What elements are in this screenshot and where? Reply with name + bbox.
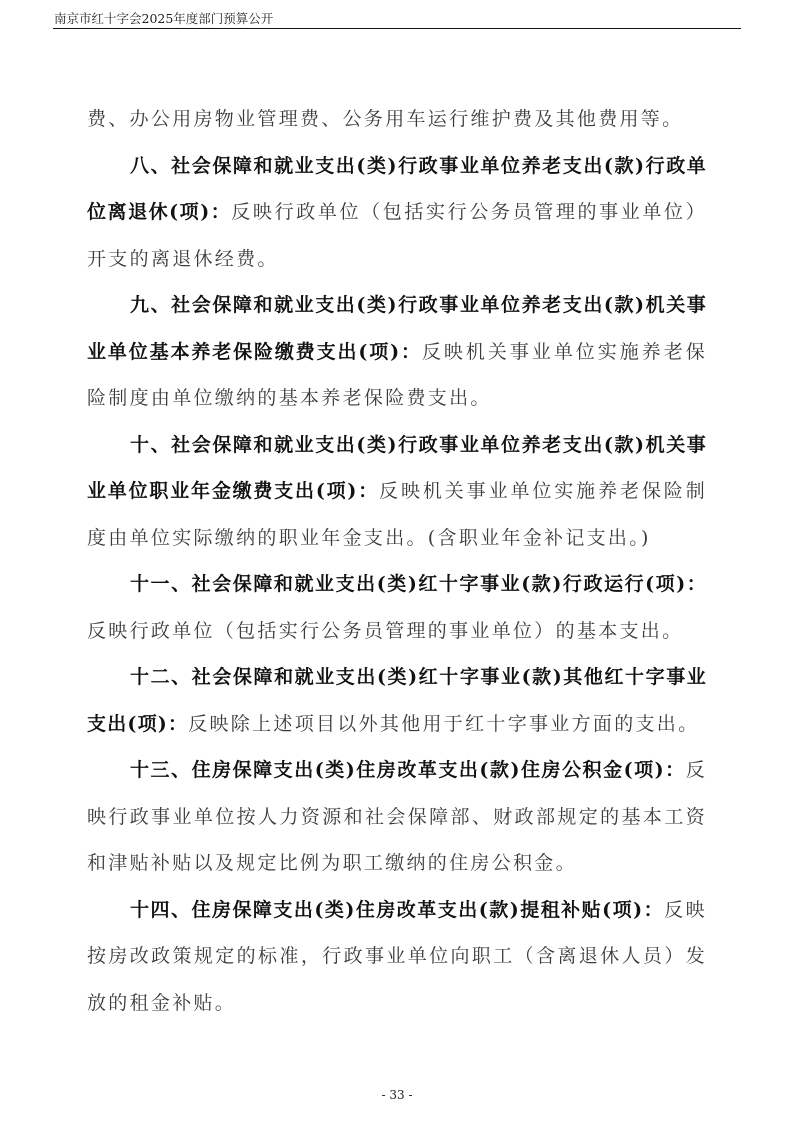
item-description: 反映除上述项目以外其他用于红十字事业方面的支出。 bbox=[188, 713, 699, 735]
item-heading: 十三、住房保障支出(类)住房改革支出(款)住房公积金(项)： bbox=[130, 759, 686, 781]
paragraph-item-8: 八、社会保障和就业支出(类)行政事业单位养老支出(款)行政单位离退休(项)：反映… bbox=[87, 143, 707, 283]
paragraph-item-12: 十二、社会保障和就业支出(类)红十字事业(款)其他红十字事业支出(项)：反映除上… bbox=[87, 654, 707, 747]
paragraph-item-11: 十一、社会保障和就业支出(类)红十字事业(款)行政运行(项)：反映行政单位（包括… bbox=[87, 561, 707, 654]
document-title: 南京市红十字会2025年度部门预算公开 bbox=[54, 11, 273, 27]
page-header: 南京市红十字会2025年度部门预算公开 bbox=[53, 9, 741, 29]
paragraph-continuation: 费、办公用房物业管理费、公务用车运行维护费及其他费用等。 bbox=[87, 96, 707, 143]
paragraph-item-13: 十三、住房保障支出(类)住房改革支出(款)住房公积金(项)：反映行政事业单位按人… bbox=[87, 747, 707, 887]
paragraph-item-14: 十四、住房保障支出(类)住房改革支出(款)提租补贴(项)：反映按房改政策规定的标… bbox=[87, 887, 707, 1027]
item-description: 反映行政单位（包括实行公务员管理的事业单位）的基本支出。 bbox=[87, 620, 683, 642]
document-body: 费、办公用房物业管理费、公务用车运行维护费及其他费用等。 八、社会保障和就业支出… bbox=[87, 96, 707, 1026]
item-heading: 十四、住房保障支出(类)住房改革支出(款)提租补贴(项)： bbox=[130, 899, 664, 921]
page-number: - 33 - bbox=[381, 1088, 412, 1102]
page-footer: - 33 - bbox=[0, 1088, 794, 1102]
paragraph-item-9: 九、社会保障和就业支出(类)行政事业单位养老支出(款)机关事业单位基本养老保险缴… bbox=[87, 282, 707, 422]
paragraph-text: 费、办公用房物业管理费、公务用车运行维护费及其他费用等。 bbox=[87, 108, 683, 130]
paragraph-item-10: 十、社会保障和就业支出(类)行政事业单位养老支出(款)机关事业单位职业年金缴费支… bbox=[87, 422, 707, 562]
item-heading: 十一、社会保障和就业支出(类)红十字事业(款)行政运行(项)： bbox=[130, 573, 707, 595]
